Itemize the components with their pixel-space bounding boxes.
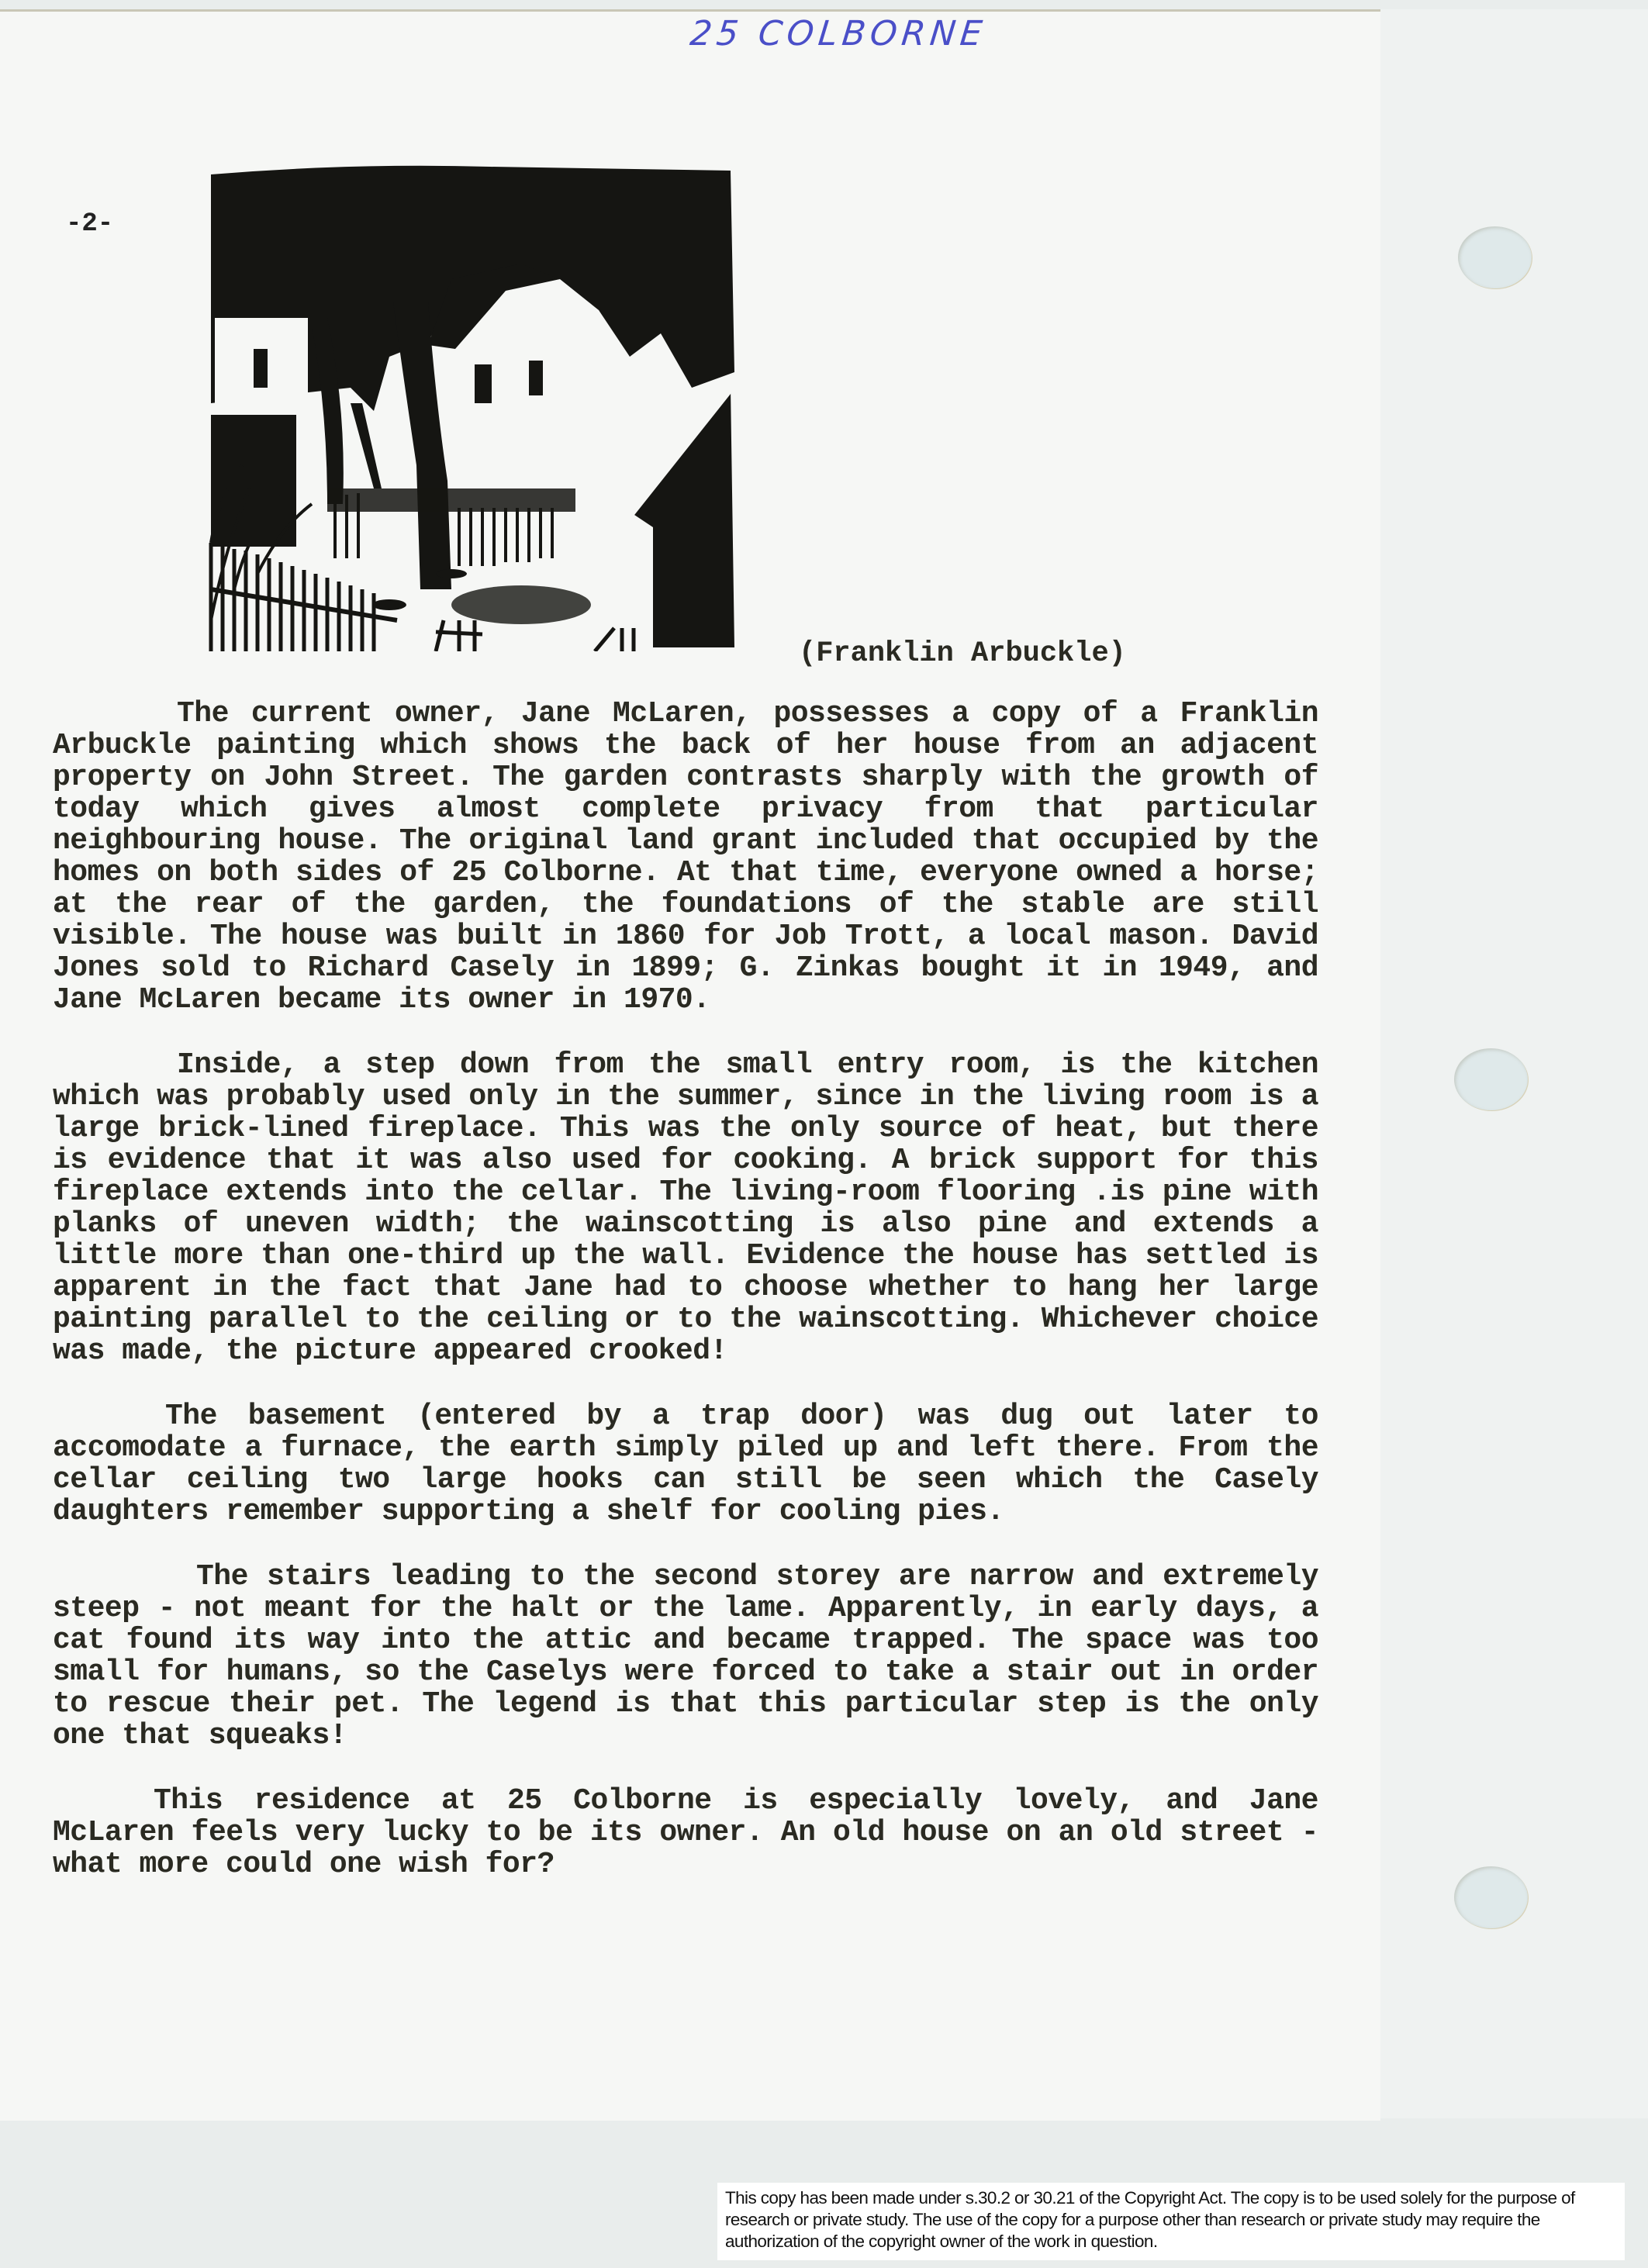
paragraph-basement: The basement (entered by a trap door) wa… — [53, 1400, 1318, 1528]
punch-hole-icon — [1458, 226, 1532, 288]
page-number: -2- — [66, 209, 113, 239]
punch-hole-icon — [1454, 1866, 1528, 1928]
paragraph-conclusion: This residence at 25 Colborne is especia… — [53, 1785, 1318, 1880]
punch-hole-icon — [1454, 1048, 1528, 1110]
handwritten-title: 25 COLBORNE — [688, 14, 988, 54]
paragraph-stairs: The stairs leading to the second storey … — [53, 1561, 1318, 1752]
paragraph-interior: Inside, a step down from the small entry… — [53, 1049, 1318, 1367]
article-body: The current owner, Jane McLaren, possess… — [53, 698, 1318, 1914]
binder-margin — [1380, 9, 1648, 2118]
copyright-notice: This copy has been made under s.30.2 or … — [717, 2183, 1625, 2260]
illustration-caption: (Franklin Arbuckle) — [799, 637, 1126, 670]
paragraph-ownership: The current owner, Jane McLaren, possess… — [53, 698, 1318, 1016]
ink-sketch-image — [195, 155, 738, 651]
